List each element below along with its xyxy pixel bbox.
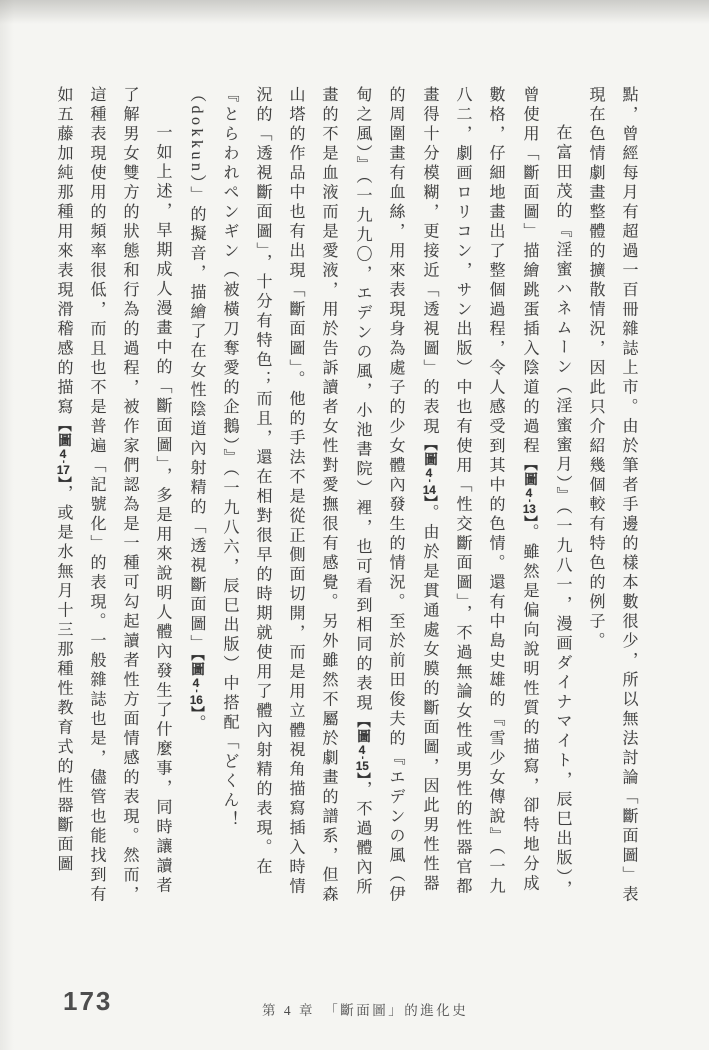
page-number: 173 [63,986,112,1017]
figure-reference: 【圖4-13】 [522,457,537,524]
paragraph: 在富田茂的『淫蜜ハネムーン（淫蜜蜜月）』（一九八一，漫画ダイナマイト，辰巳出版）… [179,86,579,906]
book-page: 點，曾經每月有超過一百冊雜誌上市。由於筆者手邊的樣本數很少，所以無法討論「斷面圖… [0,0,709,1050]
figure-reference: 【圖4-14】 [422,437,437,504]
paragraph: 一如上述，早期成人漫畫中的「斷面圖」，多是用來說明人體內發生了什麼事，同時讓讀者… [46,86,179,906]
figure-reference: 【圖4-17】 [56,418,71,485]
figure-reference: 【圖4-16】 [189,654,204,714]
footer-chapter-title: 第 4 章 「斷面圖」的進化史 [262,999,468,1019]
figure-reference: 【圖4-15】 [355,714,370,781]
paragraph: 點，曾經每月有超過一百冊雜誌上市。由於筆者手邊的樣本數很少，所以無法討論「斷面圖… [579,86,645,906]
article-vertical-text: 點，曾經每月有超過一百冊雜誌上市。由於筆者手邊的樣本數很少，所以無法討論「斷面圖… [46,86,645,906]
